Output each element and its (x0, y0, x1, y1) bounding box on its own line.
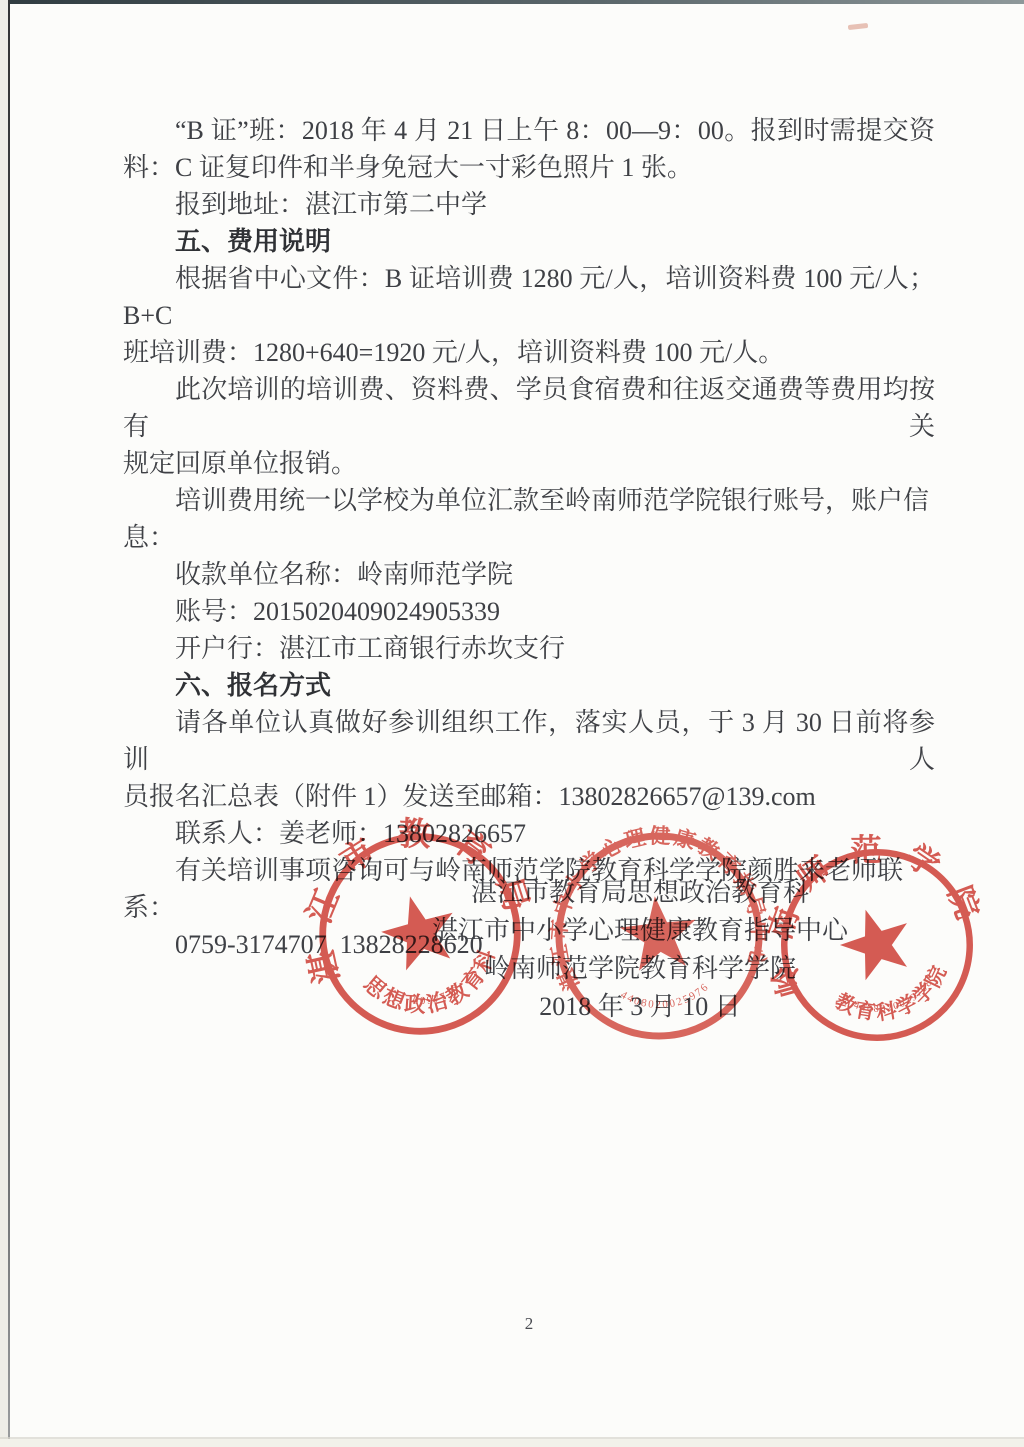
scan-red-artifact (848, 23, 868, 30)
doc-line: 班培训费：1280+640=1920 元/人，培训资料费 100 元/人。 (123, 334, 935, 371)
svg-text:教育科学学院: 教育科学学院 (826, 954, 962, 1040)
star-icon (374, 887, 464, 974)
doc-heading-registration: 六、报名方式 (123, 667, 935, 704)
doc-line: 料：C 证复印件和半身免冠大一寸彩色照片 1 张。 (123, 149, 935, 186)
scan-edge-bottom-strip (0, 1439, 1024, 1447)
doc-line-bank-branch: 开户行：湛江市工商银行赤坎支行 (123, 630, 935, 667)
stamp-code: 4408020025976 (617, 980, 713, 1016)
scan-edge-left-strip (0, 0, 8, 1447)
star-icon (617, 892, 700, 972)
stamp-bottom-text: 教育科学学院 (826, 954, 962, 1040)
doc-line: 规定回原单位报销。 (123, 445, 935, 482)
doc-line: 此次培训的培训费、资料费、学员食宿费和往返交通费等费用均按有关 (123, 371, 935, 445)
scan-edge-left-line (8, 0, 10, 1447)
doc-line-email: 员报名汇总表（附件 1）发送至邮箱：13802826657@139.com (123, 778, 935, 815)
star-icon (832, 899, 920, 985)
doc-line-payee-name: 收款单位名称：岭南师范学院 (123, 556, 935, 593)
scan-edge-top (0, 0, 1024, 4)
doc-line: “B 证”班：2018 年 4 月 21 日上午 8：00—9：00。报到时需提… (123, 112, 935, 149)
doc-body: “B 证”班：2018 年 4 月 21 日上午 8：00—9：00。报到时需提… (123, 112, 935, 963)
doc-line: 根据省中心文件：B 证培训费 1280 元/人，培训资料费 100 元/人；B+… (123, 260, 935, 334)
doc-line: 请各单位认真做好参训组织工作，落实人员，于 3 月 30 日前将参训人 (123, 704, 935, 778)
doc-line: 报到地址：湛江市第二中学 (123, 186, 935, 223)
svg-text:4408020025976: 4408020025976 (617, 980, 713, 1016)
document-page: “B 证”班：2018 年 4 月 21 日上午 8：00—9：00。报到时需提… (0, 0, 1024, 1447)
doc-line: 培训费用统一以学校为单位汇款至岭南师范学院银行账号，账户信息： (123, 482, 935, 556)
doc-line-contact: 联系人：姜老师：13802826657 (123, 815, 935, 852)
doc-heading-fees: 五、费用说明 (123, 223, 935, 260)
page-number: 2 (123, 1314, 935, 1334)
doc-line-account-number: 账号：2015020409024905339 (123, 593, 935, 630)
stamp-mental-health-guidance-center: 湛江市中小学心理健康教育指导中心 4408020025976 (538, 815, 780, 1057)
